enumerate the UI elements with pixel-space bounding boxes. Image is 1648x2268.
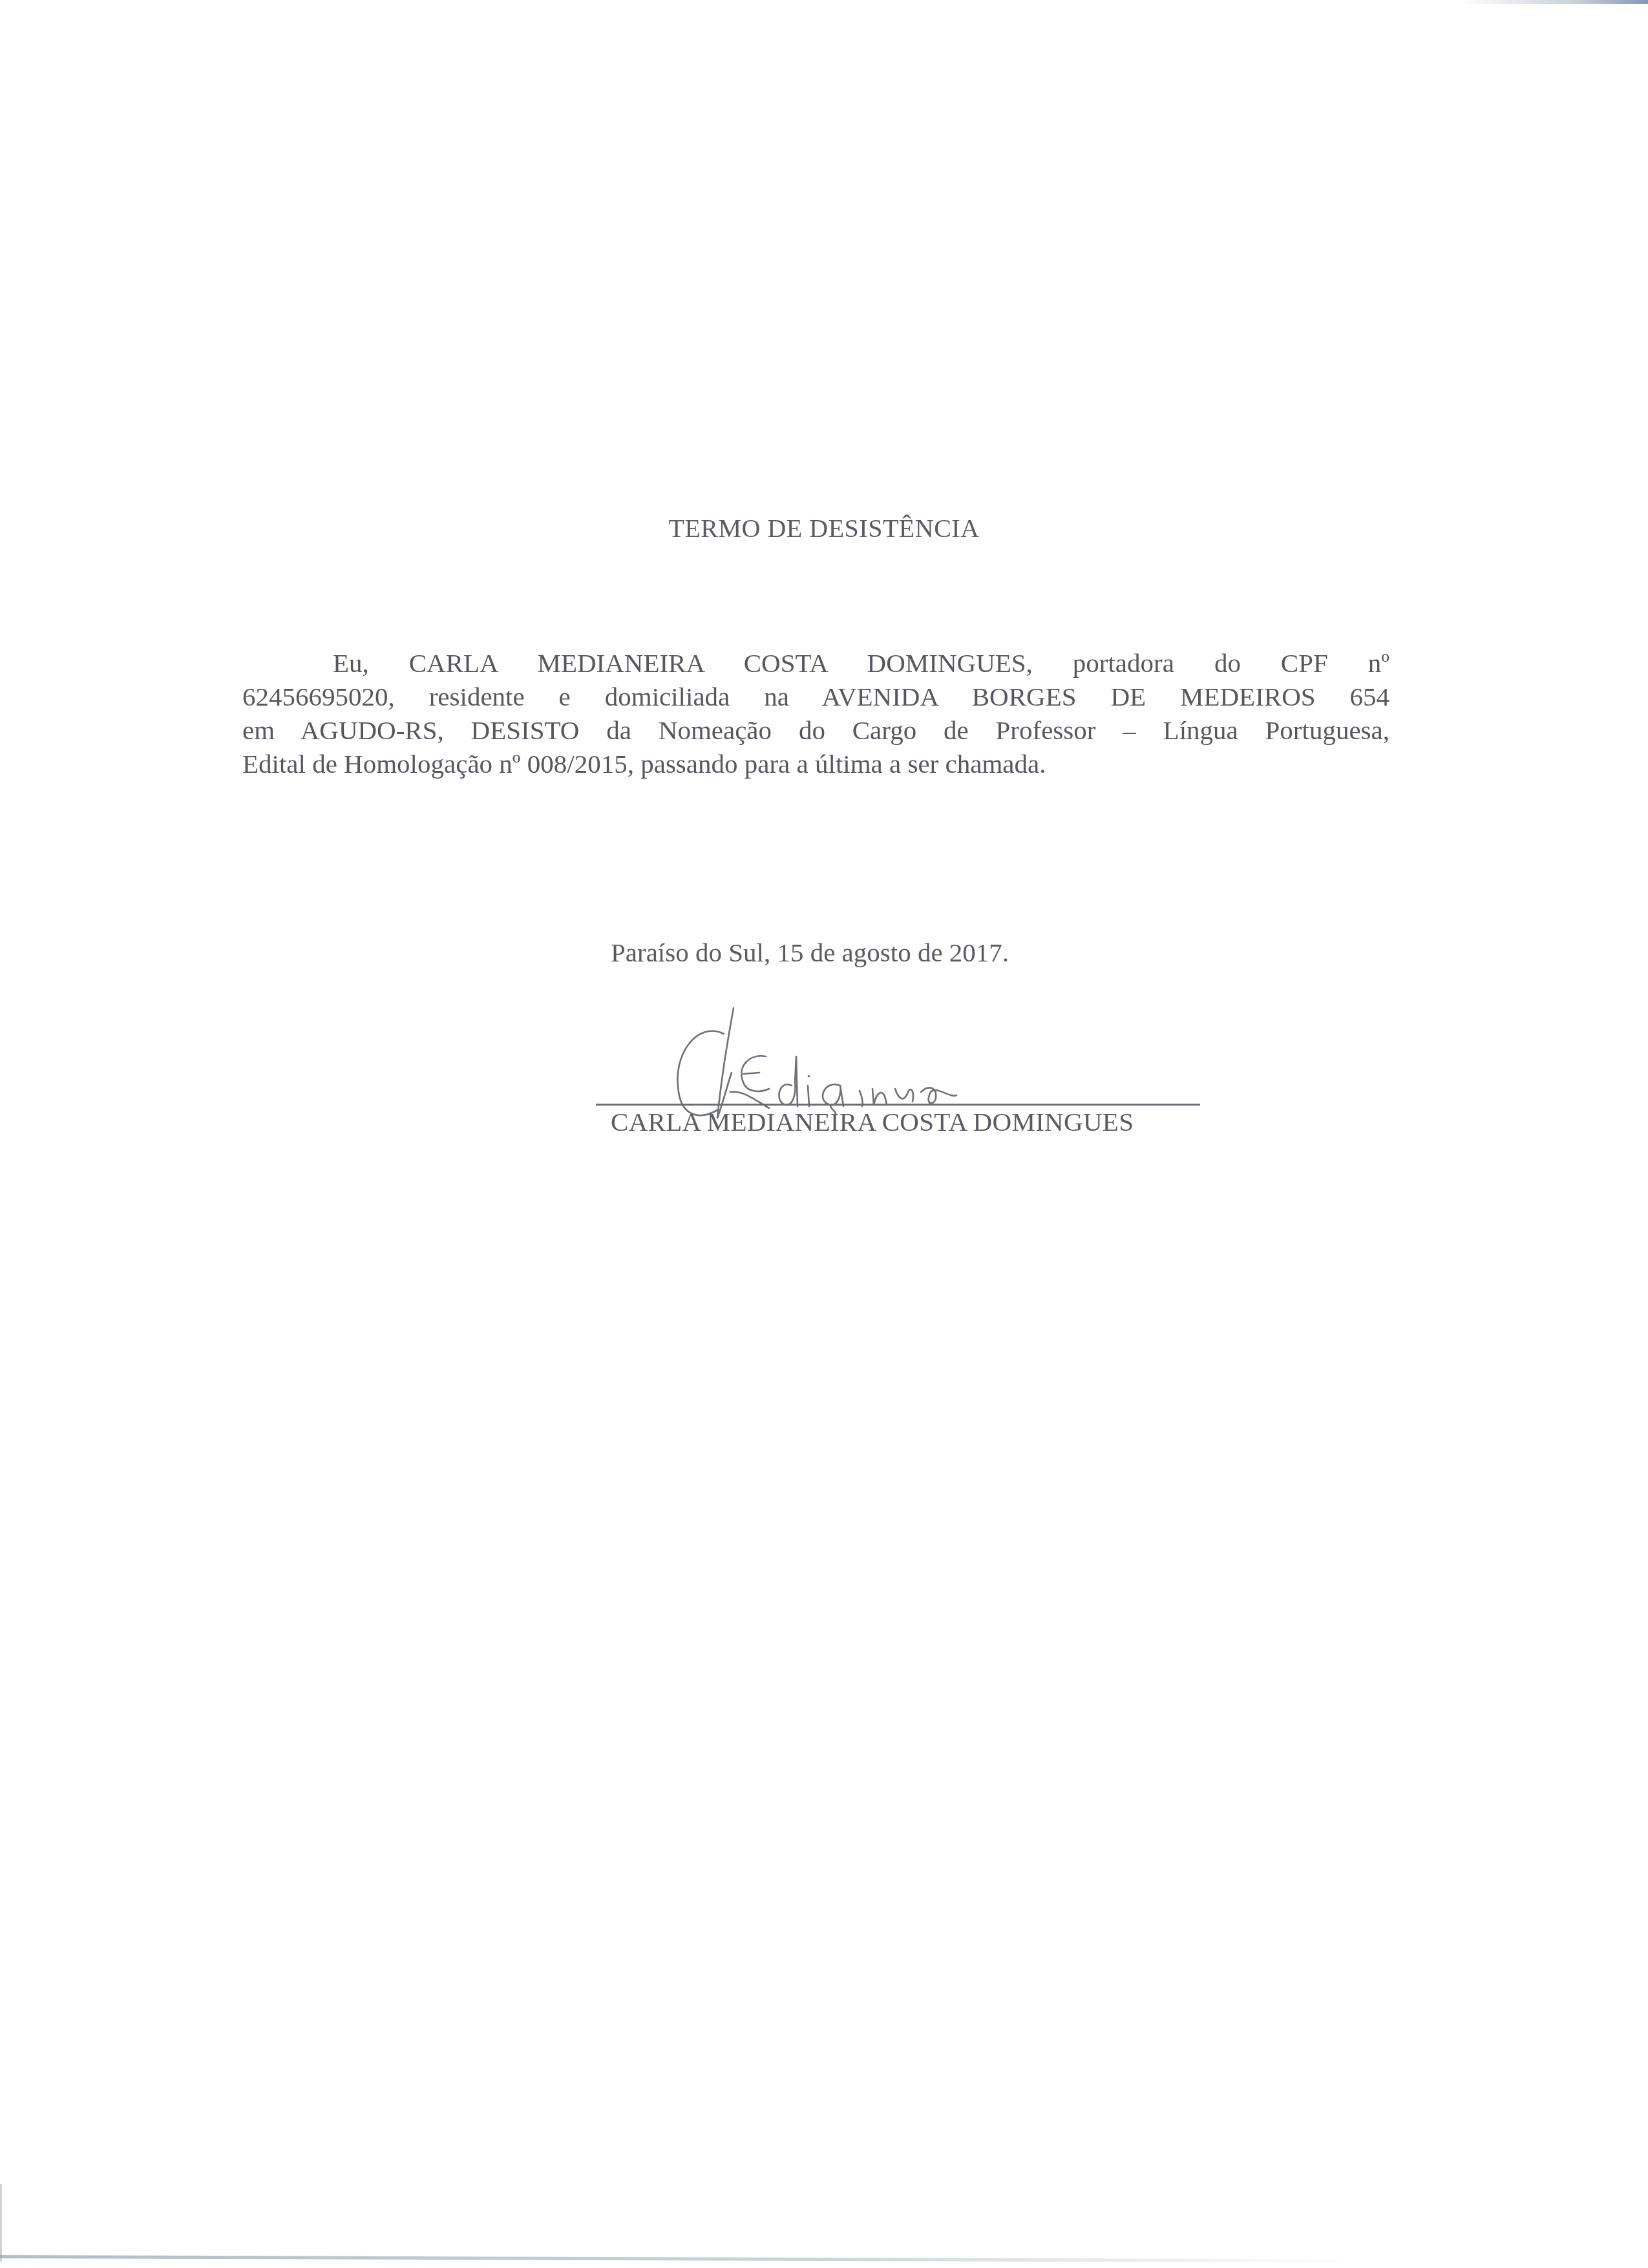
- scan-edge-artifact-bottom: [0, 2255, 1357, 2263]
- declaration-line: em AGUDO-RS, DESISTO da Nomeação do Carg…: [242, 713, 1389, 747]
- place-and-date: Paraíso do Sul, 15 de agosto de 2017.: [611, 936, 1009, 969]
- scan-edge-artifact-left: [0, 2184, 2, 2262]
- declaration-line: Eu, CARLA MEDIANEIRA COSTA DOMINGUES, po…: [242, 646, 1389, 680]
- declaration-line: 62456695020, residente e domiciliada na …: [242, 680, 1389, 713]
- scanned-page: TERMO DE DESISTÊNCIA Eu, CARLA MEDIANEIR…: [0, 0, 1648, 2268]
- declaration-paragraph: Eu, CARLA MEDIANEIRA COSTA DOMINGUES, po…: [242, 646, 1389, 781]
- declaration-line: Edital de Homologação nº 008/2015, passa…: [242, 747, 1389, 781]
- scan-edge-artifact-top: [1461, 0, 1648, 4]
- signer-name: CARLA MEDIANEIRA COSTA DOMINGUES: [611, 1105, 1134, 1139]
- document-title: TERMO DE DESISTÊNCIA: [0, 512, 1648, 545]
